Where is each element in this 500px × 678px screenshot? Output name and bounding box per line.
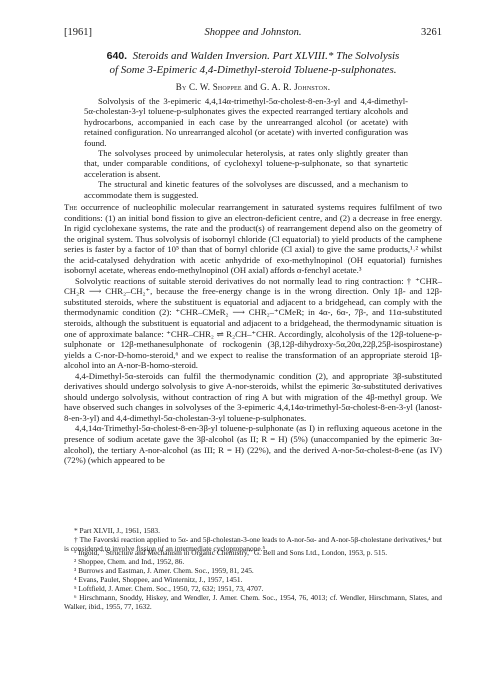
abstract-paragraph: The structural and kinetic features of t… <box>84 179 408 200</box>
page-number: 3261 <box>421 27 442 38</box>
reference-item: ² Shoppee, Chem. and Ind., 1952, 86. <box>64 557 442 566</box>
article-number: 640. <box>107 50 127 62</box>
byline-and: and <box>242 82 261 92</box>
body-paragraph: The occurrence of nucleophilic molecular… <box>64 202 442 276</box>
reference-item: ⁴ Evans, Paulet, Shoppee, and Winternitz… <box>64 575 442 584</box>
article-title: 640. Steroids and Walden Inversion. Part… <box>64 49 442 77</box>
body-paragraph: 4,4,14α-Trimethyl-5α-cholest-8-en-3β-yl … <box>64 423 442 465</box>
body-paragraph: 4,4-Dimethyl-5α-steroids can fulfil the … <box>64 371 442 424</box>
article-body: The occurrence of nucleophilic molecular… <box>64 202 442 466</box>
title-line-2: of Some 3-Epimeric 4,4-Dimethyl-steroid … <box>110 64 397 76</box>
references: ¹ Ingold, " Structure and Mechanism in O… <box>64 548 442 611</box>
byline: By C. W. Shoppee and G. A. R. Johnston. <box>64 82 442 92</box>
paragraph-lead-word: The <box>64 202 77 212</box>
footnote-star: * Part XLVII, J., 1961, 1583. <box>64 526 442 535</box>
abstract: Solvolysis of the 3-epimeric 4,4,14α-tri… <box>84 96 408 200</box>
reference-item: ⁵ Loftfield, J. Amer. Chem. Soc., 1950, … <box>64 584 442 593</box>
reference-item: ⁶ Hirschmann, Snoddy, Hiskey, and Wendle… <box>64 593 442 611</box>
body-paragraph: Solvolytic reactions of suitable steroid… <box>64 276 442 371</box>
author-1: C. W. Shoppee <box>189 82 242 92</box>
paragraph-text: occurrence of nucleophilic molecular rea… <box>64 202 442 275</box>
running-head: [1961] Shoppee and Johnston. 3261 <box>64 27 442 41</box>
byline-prefix: By <box>176 82 189 92</box>
reference-item: ³ Burrows and Eastman, J. Amer. Chem. So… <box>64 566 442 575</box>
abstract-paragraph: Solvolysis of the 3-epimeric 4,4,14α-tri… <box>84 96 408 148</box>
reference-item: ¹ Ingold, " Structure and Mechanism in O… <box>64 548 442 557</box>
abstract-paragraph: The solvolyses proceed by unimolecular h… <box>84 148 408 179</box>
running-head-authors: Shoppee and Johnston. <box>64 27 442 38</box>
author-2: G. A. R. Johnston. <box>260 82 330 92</box>
title-line-1: Steroids and Walden Inversion. Part XLVI… <box>133 50 400 62</box>
